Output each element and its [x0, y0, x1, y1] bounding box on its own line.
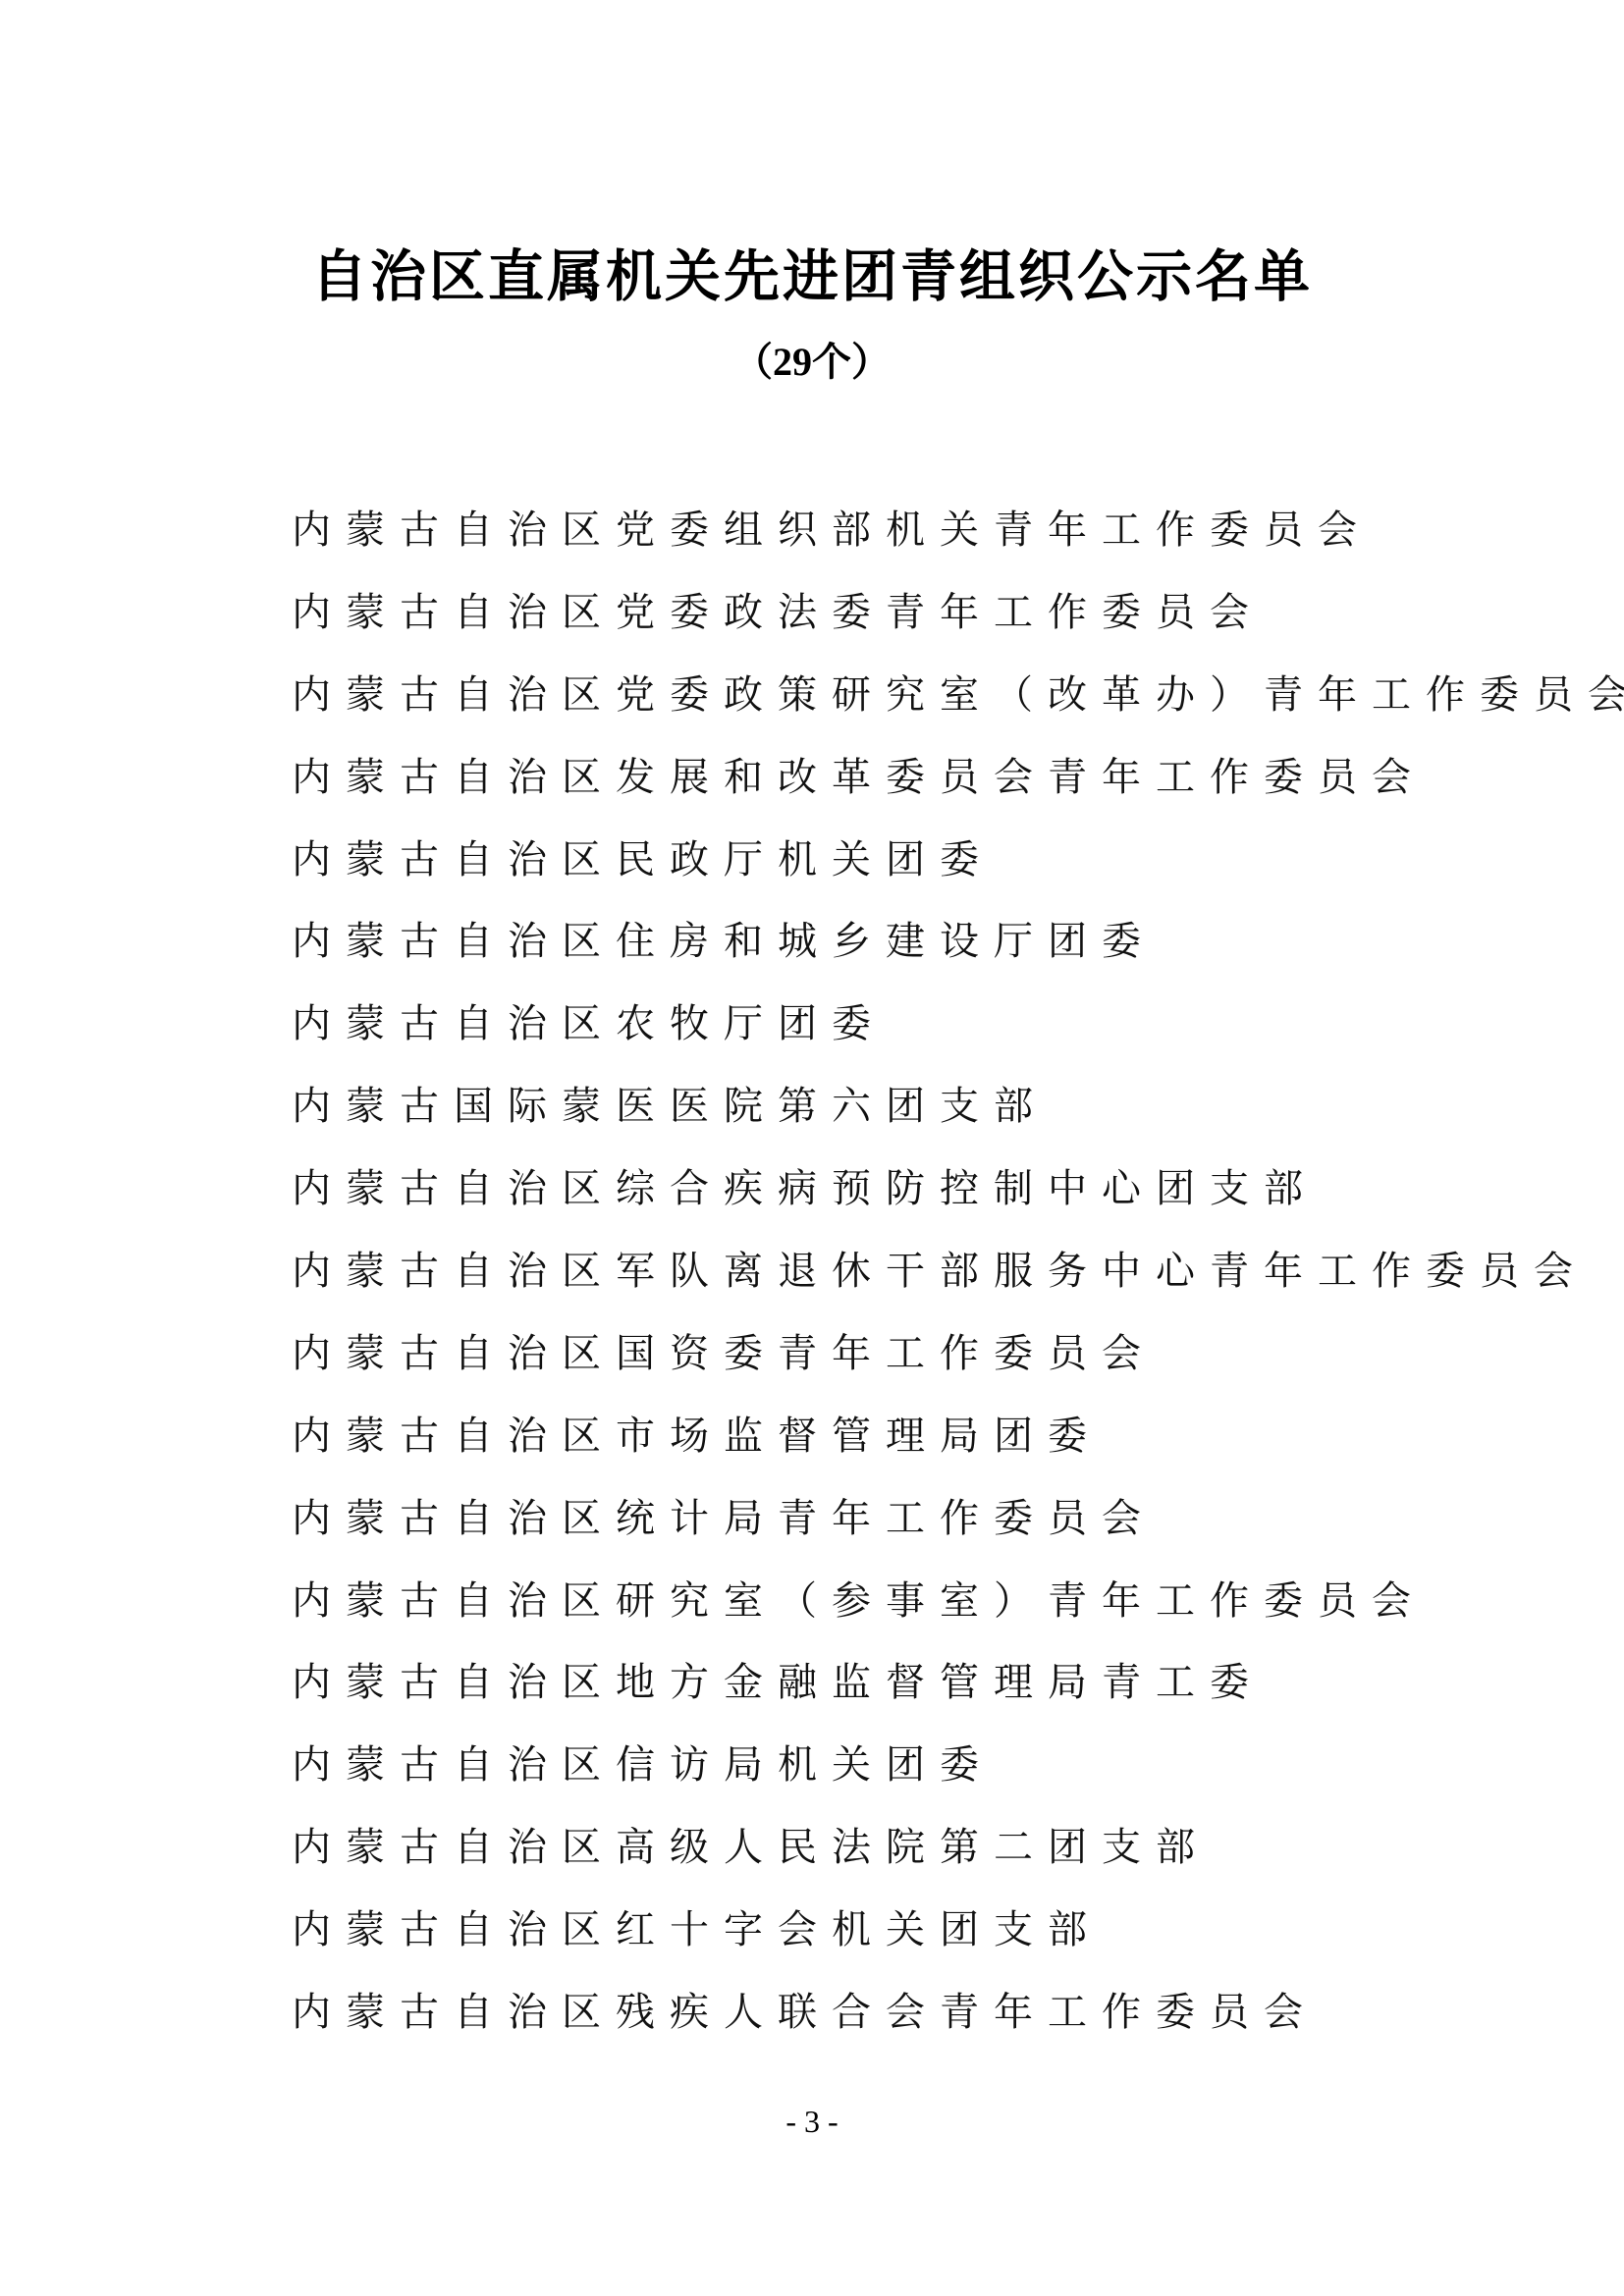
list-item: 内蒙古自治区发展和改革委员会青年工作委员会 — [292, 736, 1624, 819]
list-item: 内蒙古自治区党委组织部机关青年工作委员会 — [292, 489, 1624, 571]
list-item: 内蒙古自治区军队离退休干部服务中心青年工作委员会 — [292, 1230, 1624, 1312]
list-item: 内蒙古自治区党委政法委青年工作委员会 — [292, 571, 1624, 654]
list-item: 内蒙古自治区国资委青年工作委员会 — [292, 1312, 1624, 1395]
organization-list: 内蒙古自治区党委组织部机关青年工作委员会 内蒙古自治区党委政法委青年工作委员会 … — [292, 489, 1624, 2054]
list-item: 内蒙古自治区住房和城乡建设厅团委 — [292, 900, 1624, 983]
list-item: 内蒙古自治区农牧厅团委 — [292, 983, 1624, 1065]
document-subtitle-count: （29个） — [0, 338, 1624, 387]
document-title: 自治区直属机关先进团青组织公示名单 — [0, 240, 1624, 313]
list-item: 内蒙古自治区统计局青年工作委员会 — [292, 1477, 1624, 1560]
list-item: 内蒙古自治区市场监督管理局团委 — [292, 1395, 1624, 1477]
list-item: 内蒙古自治区综合疾病预防控制中心团支部 — [292, 1148, 1624, 1230]
list-item: 内蒙古国际蒙医医院第六团支部 — [292, 1065, 1624, 1148]
list-item: 内蒙古自治区地方金融监督管理局青工委 — [292, 1641, 1624, 1724]
page-number: - 3 - — [0, 2101, 1624, 2142]
document-page: 自治区直属机关先进团青组织公示名单 （29个） 内蒙古自治区党委组织部机关青年工… — [0, 0, 1624, 2296]
list-item: 内蒙古自治区红十字会机关团支部 — [292, 1889, 1624, 1971]
list-item: 内蒙古自治区信访局机关团委 — [292, 1724, 1624, 1806]
list-item: 内蒙古自治区残疾人联合会青年工作委员会 — [292, 1971, 1624, 2054]
list-item: 内蒙古自治区民政厅机关团委 — [292, 819, 1624, 901]
list-item: 内蒙古自治区党委政策研究室（改革办）青年工作委员会 — [292, 654, 1624, 736]
list-item: 内蒙古自治区高级人民法院第二团支部 — [292, 1806, 1624, 1889]
list-item: 内蒙古自治区研究室（参事室）青年工作委员会 — [292, 1560, 1624, 1642]
